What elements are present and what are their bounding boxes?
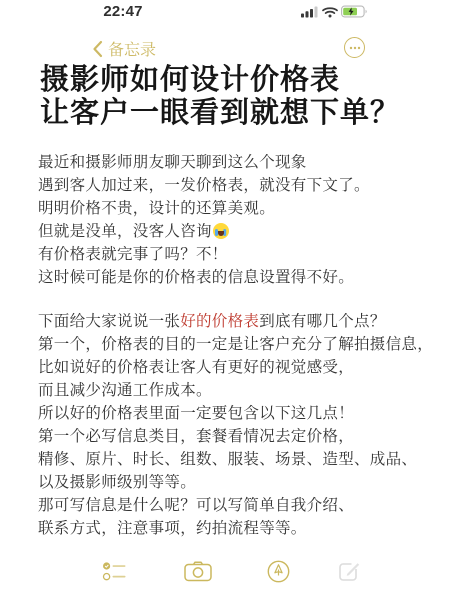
text-segment: 那可写信息是什么呢？可以写简单自我介绍、 xyxy=(38,497,354,514)
note-line: 以及摄影师级别等等。 xyxy=(38,471,452,494)
note-line: 遇到客人加过来，一发价格表，就没有下文了。 xyxy=(38,174,452,197)
back-button[interactable]: 备忘录 xyxy=(92,37,156,60)
crying-emoji xyxy=(213,223,229,239)
text-segment: 有价格表就完事了吗？不！ xyxy=(38,246,228,263)
note-line: 联系方式，注意事项，约拍流程等等。 xyxy=(38,517,452,540)
note-line: 所以好的价格表里面一定要包含以下这几点！ xyxy=(38,402,452,425)
note-line: 下面给大家说说一张好的价格表到底有哪几个点？ xyxy=(38,310,452,333)
camera-button[interactable] xyxy=(181,554,215,588)
note-line: 但就是没单，没客人咨询 xyxy=(38,220,452,243)
note-line: 有价格表就完事了吗？不！ xyxy=(38,243,452,266)
note-line: 明明价格不贵，设计的还算美观。 xyxy=(38,197,452,220)
note-body-text[interactable]: 最近和摄影师朋友聊天聊到这么个现象遇到客人加过来，一发价格表，就没有下文了。明明… xyxy=(38,151,452,540)
compose-icon xyxy=(338,559,362,583)
text-segment: 以及摄影师级别等等。 xyxy=(38,474,196,491)
markup-button[interactable] xyxy=(261,554,295,588)
text-segment: 明明价格不贵，设计的还算美观。 xyxy=(38,200,275,217)
note-line: 第一个，价格表的目的一定是让客户充分了解拍摄信息， xyxy=(38,333,452,356)
text-segment: 比如说好的价格表让客人有更好的视觉感受， xyxy=(38,359,354,376)
paragraph-1: 最近和摄影师朋友聊天聊到这么个现象遇到客人加过来，一发价格表，就没有下文了。明明… xyxy=(38,151,452,289)
text-segment: 精修、原片、时长、组数、服装、场景、造型、成品、 xyxy=(38,451,417,468)
markup-pen-icon xyxy=(266,559,291,584)
checklist-icon xyxy=(102,561,128,582)
text-segment: 这时候可能是你的价格表的信息设置得不好。 xyxy=(38,269,354,286)
note-line: 这时候可能是你的价格表的信息设置得不好。 xyxy=(38,266,452,289)
bottom-toolbar xyxy=(0,550,459,600)
highlighted-red-text: 好的价格表 xyxy=(180,313,259,330)
text-segment: 第一个，价格表的目的一定是让客户充分了解拍摄信息， xyxy=(38,336,433,353)
text-segment: 但就是没单，没客人咨询 xyxy=(38,223,212,240)
text-segment: 联系方式，注意事项，约拍流程等等。 xyxy=(38,520,307,537)
text-segment: 到底有哪几个点？ xyxy=(259,313,385,330)
note-line: 精修、原片、时长、组数、服装、场景、造型、成品、 xyxy=(38,448,452,471)
note-line: 比如说好的价格表让客人有更好的视觉感受， xyxy=(38,356,452,379)
back-button-label: 备忘录 xyxy=(108,37,156,60)
note-line: 第一个必写信息类目，套餐看情况去定价格， xyxy=(38,425,452,448)
note-title: 摄影师如何设计价格表 让客户一眼看到就想下单？ xyxy=(40,64,450,130)
note-title-line2: 让客户一眼看到就想下单？ xyxy=(40,97,450,130)
text-segment: 下面给大家说说一张 xyxy=(38,313,180,330)
note-line: 最近和摄影师朋友聊天聊到这么个现象 xyxy=(38,151,452,174)
checklist-button[interactable] xyxy=(98,554,132,588)
cellular-signal-icon xyxy=(301,6,319,18)
text-segment: 所以好的价格表里面一定要包含以下这几点！ xyxy=(38,405,354,422)
text-segment: 而且减少沟通工作成本。 xyxy=(38,382,212,399)
camera-icon xyxy=(184,560,212,582)
notes-app-screen: 22:47 xyxy=(0,0,459,600)
note-line: 而且减少沟通工作成本。 xyxy=(38,379,452,402)
battery-charging-icon xyxy=(341,5,368,18)
paragraph-2: 下面给大家说说一张好的价格表到底有哪几个点？第一个，价格表的目的一定是让客户充分… xyxy=(38,310,452,540)
note-title-line1: 摄影师如何设计价格表 xyxy=(40,64,450,97)
ellipsis-icon xyxy=(349,46,361,50)
text-segment: 最近和摄影师朋友聊天聊到这么个现象 xyxy=(38,154,307,171)
text-segment: 遇到客人加过来，一发价格表，就没有下文了。 xyxy=(38,177,370,194)
status-icons xyxy=(301,5,368,18)
wifi-icon xyxy=(322,6,338,18)
text-segment: 第一个必写信息类目，套餐看情况去定价格， xyxy=(38,428,354,445)
more-button[interactable] xyxy=(344,37,365,58)
status-time: 22:47 xyxy=(94,3,152,20)
note-line: 那可写信息是什么呢？可以写简单自我介绍、 xyxy=(38,494,452,517)
chevron-left-icon xyxy=(92,40,103,58)
compose-button[interactable] xyxy=(333,554,367,588)
